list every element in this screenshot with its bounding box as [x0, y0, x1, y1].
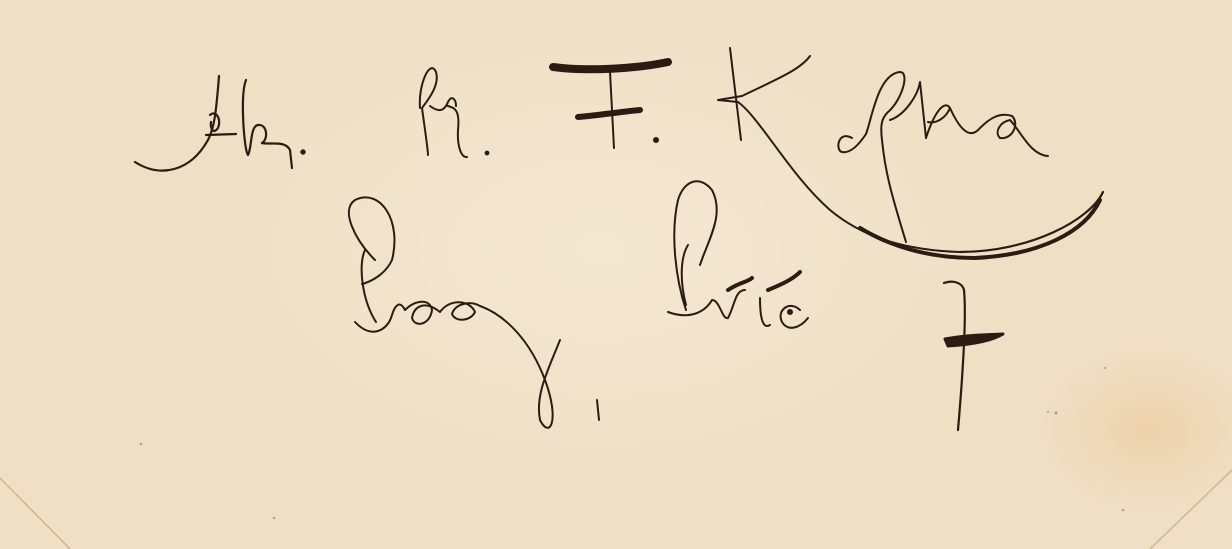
word-abs [135, 76, 305, 171]
word-zizkov [668, 181, 808, 328]
word-kafka [718, 48, 1103, 258]
word-number-7 [944, 282, 1003, 430]
paper-speckles [140, 367, 1124, 519]
handwriting [0, 0, 1232, 549]
envelope-photo: Abs. Dr. F. Kafka Prag, Zižkov 7 [0, 0, 1232, 549]
word-dr [420, 68, 489, 157]
word-initial-f [553, 62, 668, 148]
envelope-flap-creases [0, 470, 1232, 549]
word-prag [349, 197, 599, 427]
